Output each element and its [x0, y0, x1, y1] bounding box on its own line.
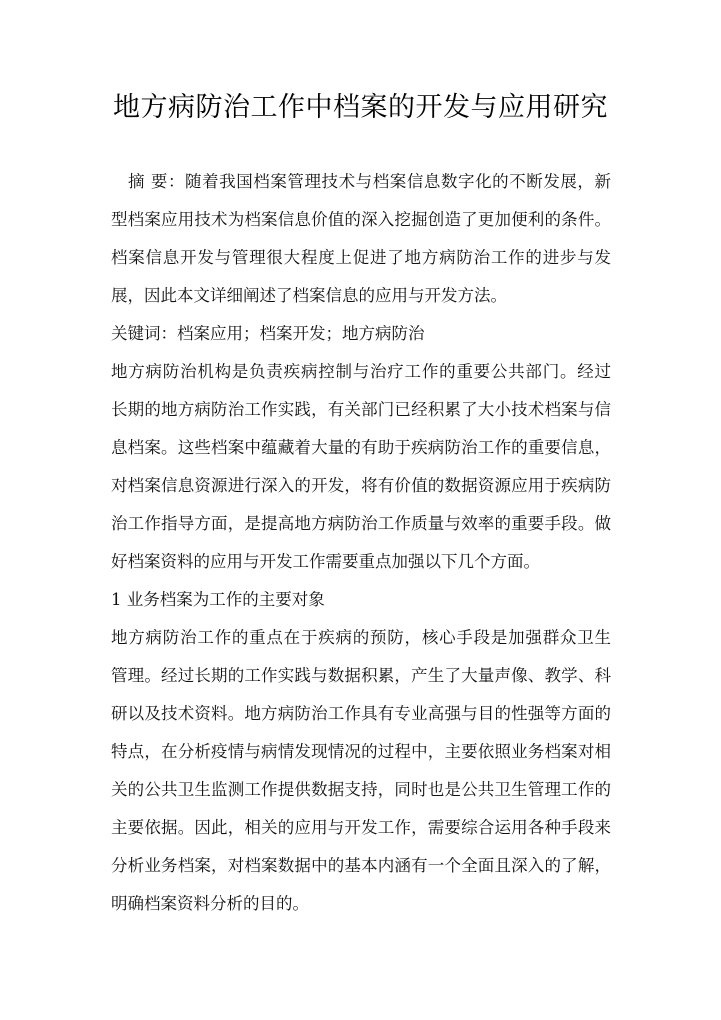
- paragraph-line: 息档案。这些档案中蕴藏着大量的有助于疾病防治工作的重要信息，: [111, 436, 611, 460]
- paragraph-line: 地方病防治机构是负责疾病控制与治疗工作的重要公共部门。经过: [111, 360, 611, 384]
- document-title: 地方病防治工作中档案的开发与应用研究: [0, 88, 721, 128]
- paragraph-line: 特点，在分析疫情与病情发现情况的过程中，主要依照业务档案对相: [111, 740, 611, 764]
- paragraph-line: 档案信息开发与管理很大程度上促进了地方病防治工作的进步与发: [111, 246, 611, 270]
- paragraph-line: 分析业务档案，对档案数据中的基本内涵有一个全面且深入的了解，: [111, 854, 611, 878]
- paragraph-line: 研以及技术资料。地方病防治工作具有专业高强与目的性强等方面的: [111, 702, 611, 726]
- paragraph-line: 展，因此本文详细阐述了档案信息的应用与开发方法。: [111, 284, 611, 308]
- paragraph-line: 关的公共卫生监测工作提供数据支持，同时也是公共卫生管理工作的: [111, 778, 611, 802]
- paragraph-line: 对档案信息资源进行深入的开发，将有价值的数据资源应用于疾病防: [111, 474, 611, 498]
- paragraph-line: 管理。经过长期的工作实践与数据积累，产生了大量声像、教学、科: [111, 664, 611, 688]
- paragraph-line: 明确档案资料分析的目的。: [111, 892, 611, 916]
- paragraph-line: 治工作指导方面，是提高地方病防治工作质量与效率的重要手段。做: [111, 512, 611, 536]
- paragraph-line: 型档案应用技术为档案信息价值的深入挖掘创造了更加便利的条件。: [111, 208, 611, 232]
- keywords-line: 关键词：档案应用；档案开发；地方病防治: [111, 322, 611, 346]
- paragraph-line: 主要依据。因此，相关的应用与开发工作，需要综合运用各种手段来: [111, 816, 611, 840]
- paragraph-line: 好档案资料的应用与开发工作需要重点加强以下几个方面。: [111, 550, 611, 574]
- paragraph-line: 地方病防治工作的重点在于疾病的预防，核心手段是加强群众卫生: [111, 626, 611, 650]
- paragraph-line: 摘 要：随着我国档案管理技术与档案信息数字化的不断发展，新: [111, 170, 611, 194]
- paragraph-line: 长期的地方病防治工作实践，有关部门已经积累了大小技术档案与信: [111, 398, 611, 422]
- section-heading: 1 业务档案为工作的主要对象: [111, 588, 611, 612]
- document-page: 地方病防治工作中档案的开发与应用研究 摘 要：随着我国档案管理技术与档案信息数字…: [0, 0, 721, 1020]
